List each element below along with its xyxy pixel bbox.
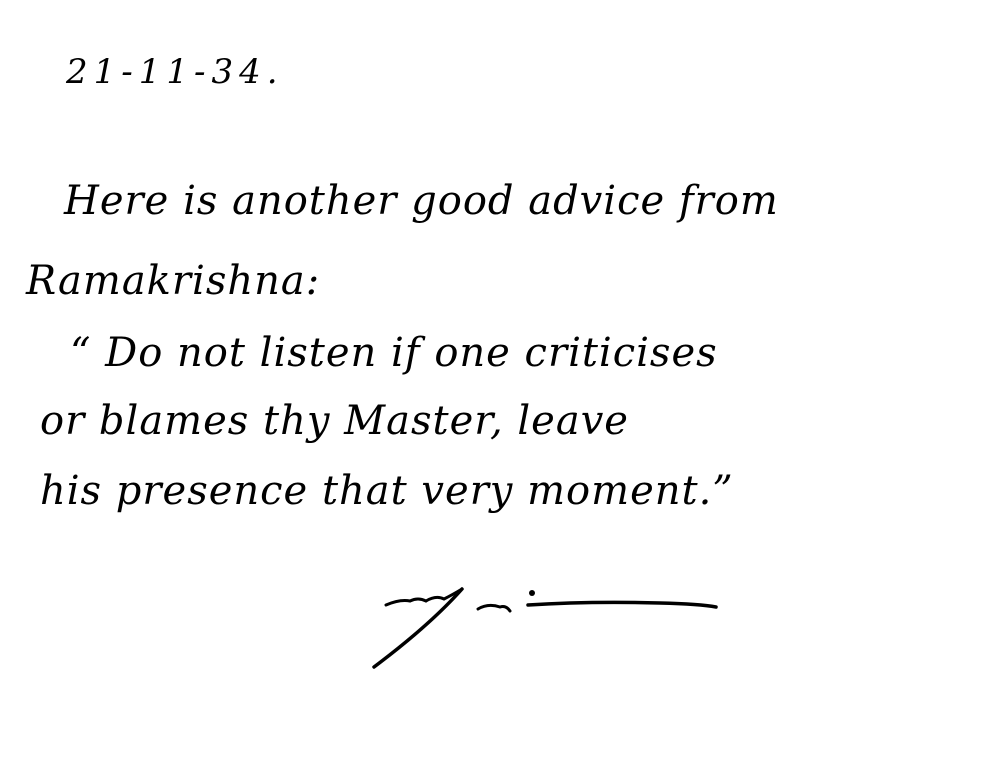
letter-line-1: Here is another good advice from bbox=[64, 178, 779, 224]
letter-line-3: “ Do not listen if one criticises bbox=[70, 330, 718, 376]
letter-date: 21-11-34. bbox=[66, 52, 284, 92]
letter-line-4: or blames thy Master, leave bbox=[40, 398, 629, 444]
signature-icon bbox=[360, 565, 740, 685]
letter-line-5: his presence that very moment.” bbox=[40, 468, 734, 514]
letter-line-2: Ramakrishna: bbox=[26, 258, 320, 304]
